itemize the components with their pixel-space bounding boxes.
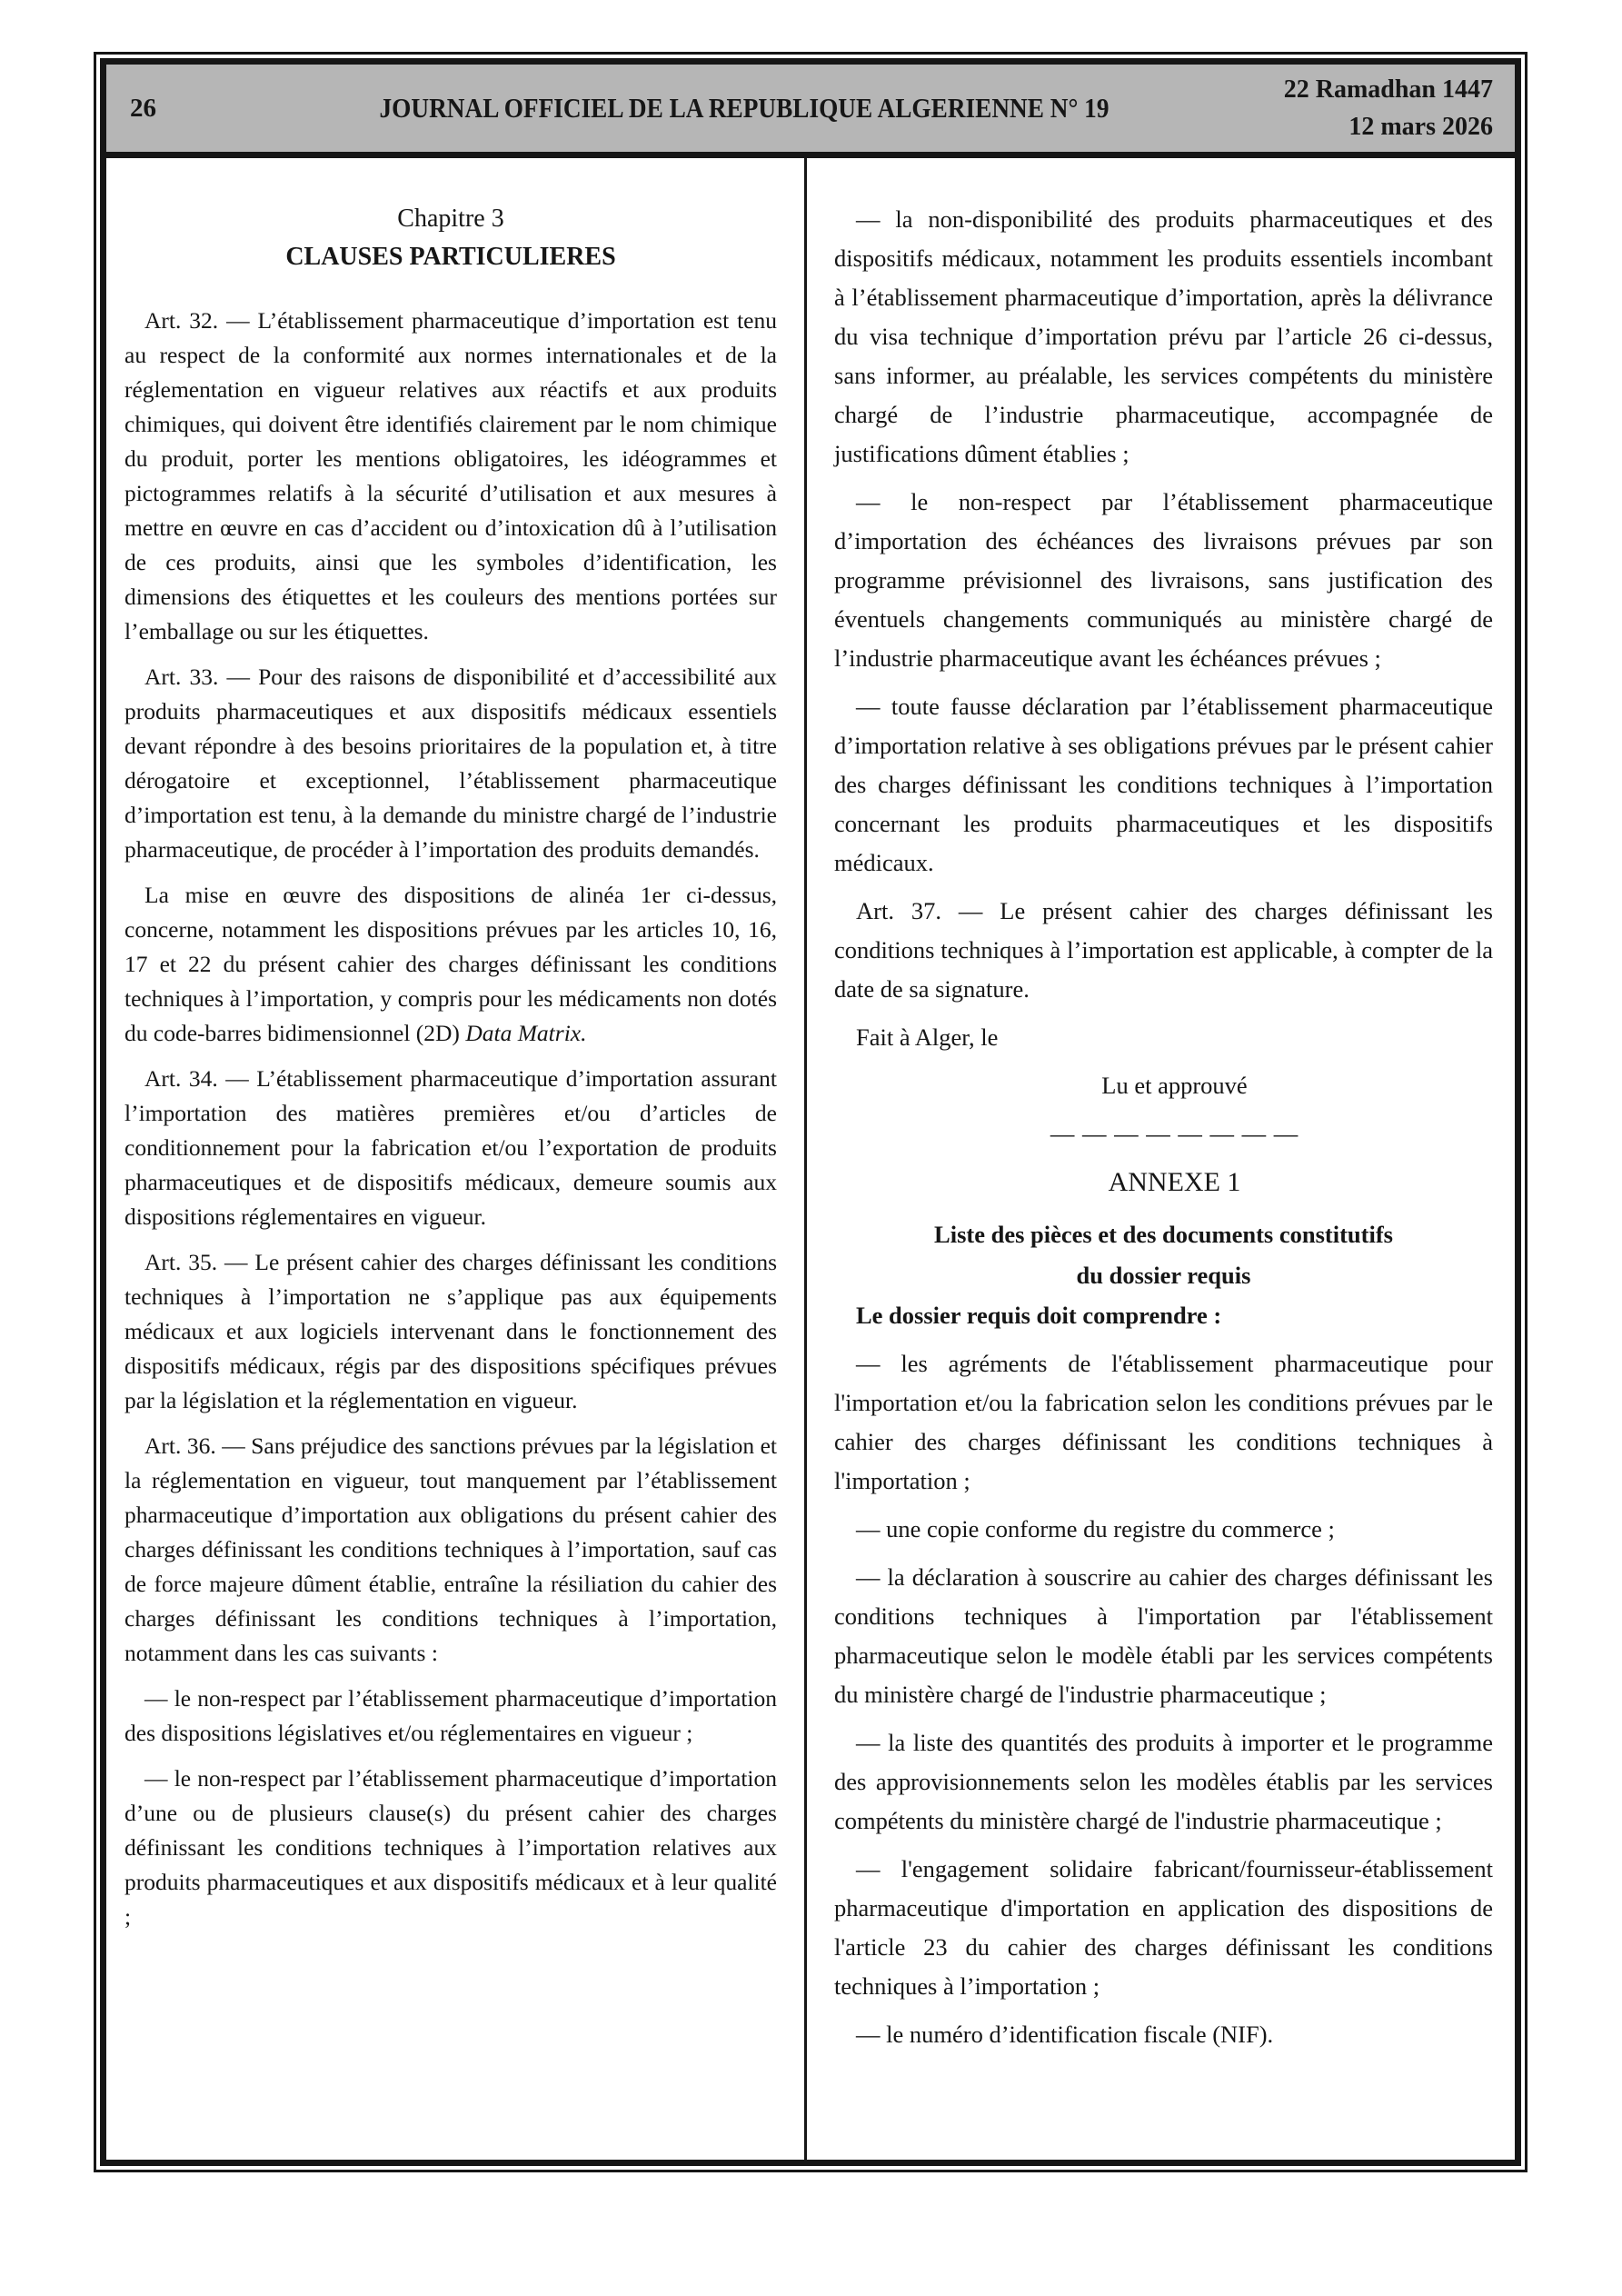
annex-title: Liste des pièces et des documents consti… [834,1214,1493,1296]
journal-title: JOURNAL OFFICIEL DE LA REPUBLIQUE ALGERI… [300,92,1189,125]
approval-line: Lu et approuvé [834,1066,1493,1105]
page-frame-inner: 26 JOURNAL OFFICIEL DE LA REPUBLIQUE ALG… [100,58,1521,2166]
clause-item: — le non-respect par l’établissement pha… [834,483,1493,678]
article-32-paragraph: Art. 32. — L’établissement pharmaceutiqu… [124,304,777,649]
chapter-title: CLAUSES PARTICULIERES [124,238,777,276]
journal-header: 26 JOURNAL OFFICIEL DE LA REPUBLIQUE ALG… [106,65,1515,158]
annex-title-line-2: du dossier requis [834,1255,1493,1296]
article-33-paragraph: Art. 33. — Pour des raisons de disponibi… [124,660,777,867]
gregorian-date: 12 mars 2026 [1249,108,1493,145]
data-matrix-italic: Data Matrix. [465,1020,586,1046]
article-36-paragraph: Art. 36. — Sans préjudice des sanctions … [124,1429,777,1671]
hijri-date: 22 Ramadhan 1447 [1249,71,1493,108]
clause-item: — le non-respect par l’établissement pha… [124,1682,777,1751]
annex-item: — les agréments de l'établissement pharm… [834,1344,1493,1501]
article-34-paragraph: Art. 34. — L’établissement pharmaceutiqu… [124,1062,777,1234]
page-frame: 26 JOURNAL OFFICIEL DE LA REPUBLIQUE ALG… [94,52,1527,2172]
article-37-paragraph: Art. 37. — Le présent cahier des charges… [834,892,1493,1009]
article-33-alinea-paragraph: La mise en œuvre des dispositions de ali… [124,878,777,1051]
annex-title-line-1: Liste des pièces et des documents consti… [834,1214,1493,1255]
annex-item: — le numéro d’identification fiscale (NI… [834,2015,1493,2054]
page-number: 26 [106,94,239,124]
clause-item: — la non-disponibilité des produits phar… [834,200,1493,474]
right-column: — la non-disponibilité des produits phar… [807,158,1515,2160]
annex-label: ANNEXE 1 [834,1163,1493,1202]
annex-item: — une copie conforme du registre du comm… [834,1510,1493,1549]
issue-dates: 22 Ramadhan 1447 12 mars 2026 [1249,71,1515,145]
clause-item: — le non-respect par l’établissement pha… [124,1762,777,1934]
annex-item: — la déclaration à souscrire au cahier d… [834,1558,1493,1714]
separator-line: — — — — — — — — [834,1114,1493,1153]
annex-item: — la liste des quantités des produits à … [834,1723,1493,1841]
chapter-label: Chapitre 3 [124,200,777,238]
signature-place-line: Fait à Alger, le [834,1018,1493,1057]
page-content: Chapitre 3 CLAUSES PARTICULIERES Art. 32… [106,158,1515,2160]
annex-item: — l'engagement solidaire fabricant/fourn… [834,1850,1493,2006]
annex-intro: Le dossier requis doit comprendre : [834,1296,1493,1335]
clause-item: — toute fausse déclaration par l’établis… [834,687,1493,883]
left-column: Chapitre 3 CLAUSES PARTICULIERES Art. 32… [106,158,804,2160]
alinea-text: La mise en œuvre des dispositions de ali… [124,882,777,1046]
article-35-paragraph: Art. 35. — Le présent cahier des charges… [124,1245,777,1418]
